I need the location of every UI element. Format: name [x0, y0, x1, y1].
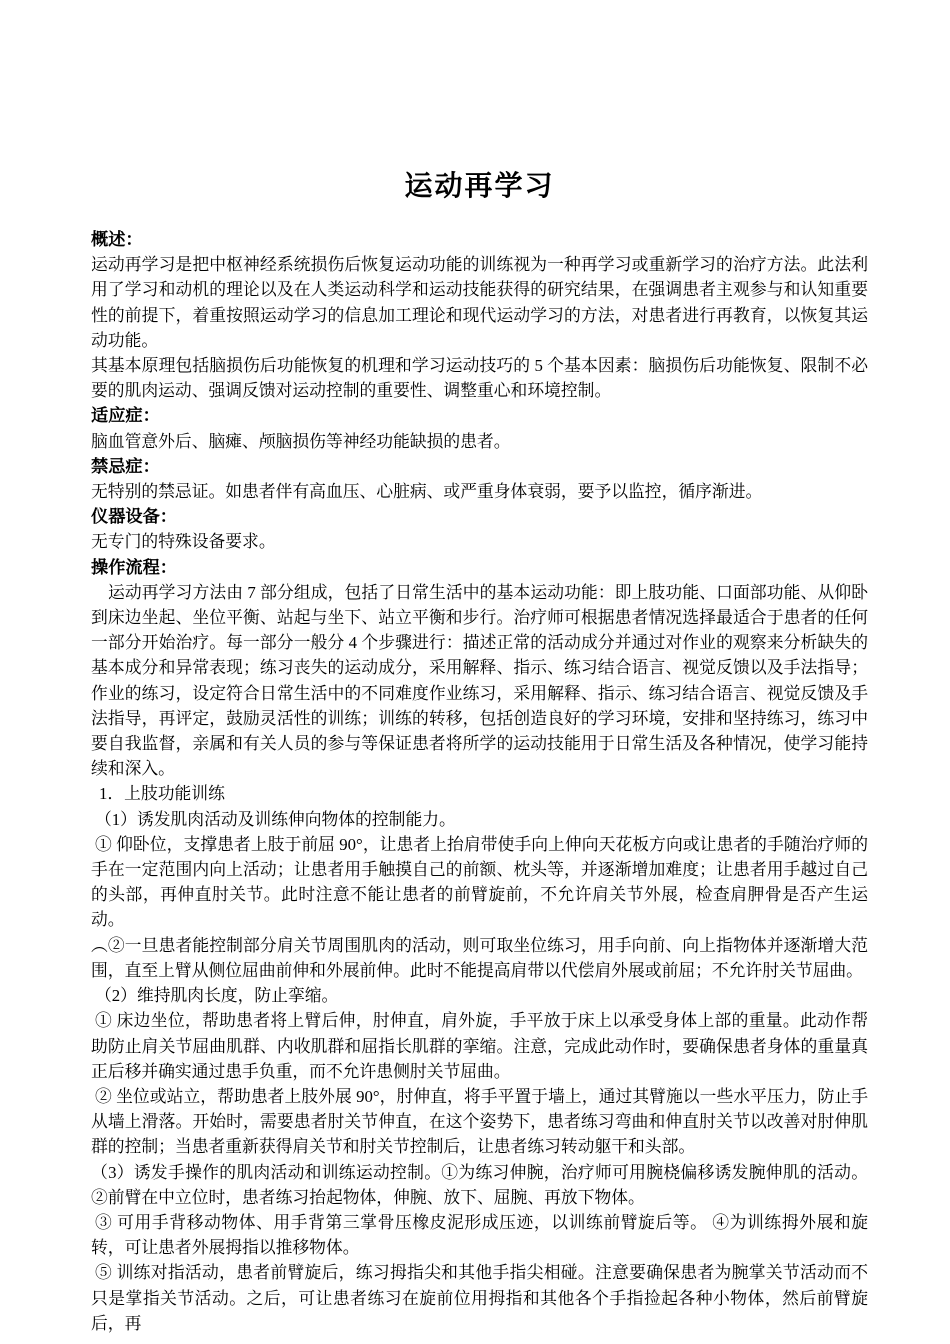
section-heading: 操作流程：	[91, 555, 868, 580]
paragraph: ③ 可用手背移动物体、用手背第三掌骨压橡皮泥形成压迹，以训练前臂旋后等。 ④为训…	[91, 1210, 868, 1260]
document-title: 运动再学习	[91, 170, 868, 202]
paragraph: ⑤ 训练对指活动，患者前臂旋后，练习拇指尖和其他手指尖相碰。注意要确保患者为腕掌…	[91, 1260, 868, 1336]
paragraph: 其基本原理包括脑损伤后功能恢复的机理和学习运动技巧的 5 个基本因素：脑损伤后功…	[91, 353, 868, 403]
section-heading: 概述：	[91, 227, 868, 252]
document-body: 概述：运动再学习是把中枢神经系统损伤后恢复运动功能的训练视为一种再学习或重新学习…	[91, 227, 868, 1336]
paragraph: 无特别的禁忌证。如患者伴有高血压、心脏病、或严重身体衰弱，要予以监控，循序渐进。	[91, 479, 868, 504]
document-page: 运动再学习 概述：运动再学习是把中枢神经系统损伤后恢复运动功能的训练视为一种再学…	[0, 0, 950, 1344]
paragraph: （1）诱发肌肉活动及训练伸向物体的控制能力。	[91, 807, 868, 832]
paragraph: 无专门的特殊设备要求。	[91, 529, 868, 554]
paragraph: 运动再学习方法由 7 部分组成，包括了日常生活中的基本运动功能：即上肢功能、口面…	[91, 580, 868, 782]
paragraph: （3）诱发手操作的肌肉活动和训练运动控制。①为练习伸腕，治疗师可用腕桡偏移诱发腕…	[91, 1160, 868, 1210]
paragraph: 1．上肢功能训练	[91, 781, 868, 806]
paragraph: ︵②一旦患者能控制部分肩关节周围肌肉的活动，则可取坐位练习，用手向前、向上指物体…	[91, 933, 868, 983]
section-heading: 禁忌症：	[91, 454, 868, 479]
paragraph: ① 床边坐位，帮助患者将上臂后伸，肘伸直，肩外旋，手平放于床上以承受身体上部的重…	[91, 1008, 868, 1084]
paragraph: ① 仰卧位，支撑患者上肢于前屈 90°，让患者上抬肩带使手向上伸向天花板方向或让…	[91, 832, 868, 933]
paragraph: 脑血管意外后、脑瘫、颅脑损伤等神经功能缺损的患者。	[91, 429, 868, 454]
section-heading: 仪器设备：	[91, 504, 868, 529]
paragraph: （2）维持肌肉长度，防止挛缩。	[91, 983, 868, 1008]
paragraph: ② 坐位或站立，帮助患者上肢外展 90°，肘伸直，将手平置于墙上，通过其臂施以一…	[91, 1084, 868, 1160]
section-heading: 适应症：	[91, 403, 868, 428]
paragraph: 运动再学习是把中枢神经系统损伤后恢复运动功能的训练视为一种再学习或重新学习的治疗…	[91, 252, 868, 353]
